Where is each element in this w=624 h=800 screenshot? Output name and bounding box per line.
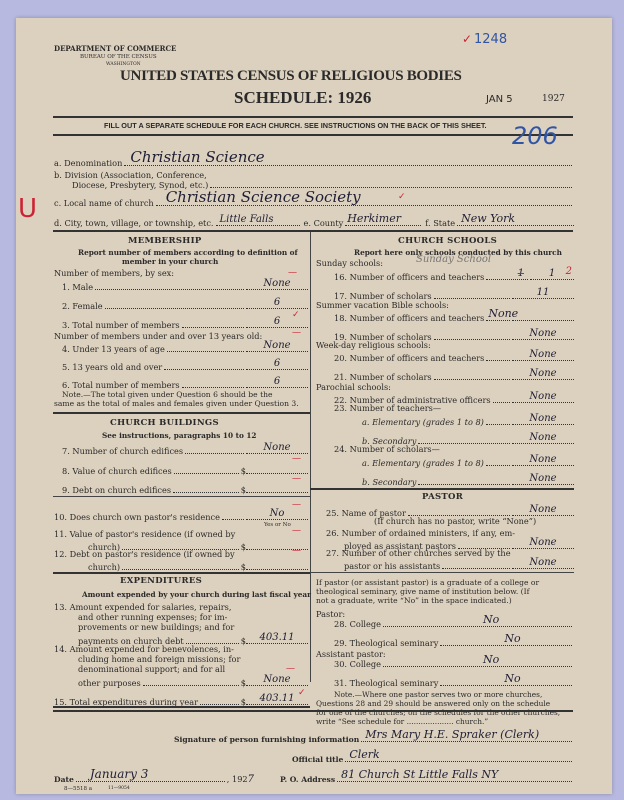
denomination-value: Christian Science [130,148,264,166]
po-address-value: 81 Church St Little Falls NY [341,768,498,781]
church-edifices-value-field[interactable]: 8. Value of church edifices$ [62,462,308,476]
parochial-elementary-scholars-field[interactable]: a. Elementary (grades 1 to 8)None [362,454,574,468]
check-mark-icon: ✓ [398,192,406,202]
total-members-field[interactable]: 3. Total number of members6 [62,316,308,330]
owns-pastor-residence-field[interactable]: 10. Does church own pastor's residenceNo [54,508,308,522]
form-number: 8—5518 a [64,786,92,792]
form-title: UNITED STATES CENSUS OF RELIGIOUS BODIES [120,68,462,85]
print-number: 11—9054 [108,786,130,791]
date-value: January 3 [90,767,149,781]
bureau-label: BUREAU OF THE CENSUS [80,54,157,60]
church-edifices-debt-field[interactable]: 9. Debt on church edifices$ [62,481,308,495]
parochial-secondary-scholars-field[interactable]: b. SecondaryNone [362,473,574,487]
sunday-officers-teachers-field[interactable]: 16. Number of officers and teachers112 [334,268,574,282]
other-churches-served-field[interactable]: pastor or his assistantsNone [344,557,574,571]
church-edifices-count-field[interactable]: 7. Number of church edificesNone [62,442,308,456]
sunday-school-note: Sunday School [416,254,491,265]
denomination-field[interactable]: a. Denomination Christian Science [54,158,574,168]
serial-number: 1248 [474,32,507,47]
expenditures-title: EXPENDITURES [120,576,202,586]
assistant-seminary-field[interactable]: 31. Theological seminaryNo [334,678,574,688]
check-mark-icon: ✓ [462,32,472,46]
received-stamp-year: 1927 [542,94,565,104]
official-title-value: Clerk [349,748,379,761]
pastor-seminary-field[interactable]: 29. Theological seminaryNo [334,638,574,648]
local-church-name-value: Christian Science Society [166,188,361,206]
weekday-officers-teachers-field[interactable]: 20. Number of officers and teachersNone [334,349,574,363]
church-schools-title: CHURCH SCHOOLS [398,236,497,246]
department-label: DEPARTMENT OF COMMERCE [54,44,176,53]
signature-field[interactable]: Signature of person furnishing informati… [174,734,574,744]
graduate-note: If pastor (or assistant pastor) is a gra… [316,578,539,587]
date-field[interactable]: DateJanuary 3, 1927 [54,774,254,785]
female-members-field[interactable]: 2. Female6 [62,297,308,311]
weekday-scholars-field[interactable]: 21. Number of scholarsNone [334,368,574,382]
pastor-title: PASTOR [422,492,463,502]
parochial-elementary-teachers-field[interactable]: a. Elementary (grades 1 to 8)None [362,413,574,427]
membership-note: Note.—The total given under Question 6 s… [62,390,273,399]
total-members-by-age-field[interactable]: 6. Total number of members6 [62,376,308,390]
handwritten-code: 206 [512,122,558,150]
benevolences-field[interactable]: other purposes$None [78,674,308,688]
pastor-residence-debt-field[interactable]: church)$ [88,558,308,572]
state-field[interactable]: New York [457,216,574,226]
pastor-note: Note.—Where one pastor serves two or mor… [334,690,542,699]
assistant-college-field[interactable]: 30. CollegeNo [334,659,574,669]
census-schedule-form: DEPARTMENT OF COMMERCE BUREAU OF THE CEN… [16,18,612,794]
instructions-banner: FILL OUT A SEPARATE SCHEDULE FOR EACH CH… [104,121,487,130]
male-members-field[interactable]: 1. MaleNone [62,278,308,292]
signature-value: Mrs Mary H.E. Spraker (Clerk) [365,728,539,741]
received-stamp-month: JAN 5 [486,94,513,105]
under-13-field[interactable]: 4. Under 13 years of ageNone [62,340,308,354]
official-title-field[interactable]: Official titleClerk [292,754,574,764]
city-label: WASHINGTON [106,62,141,67]
pastor-college-field[interactable]: 28. CollegeNo [334,619,574,629]
division-label-1: b. Division (Association, Conference, [54,170,207,180]
church-buildings-title: CHURCH BUILDINGS [110,418,219,428]
po-address-field[interactable]: P. O. Address81 Church St Little Falls N… [280,774,574,784]
city-field[interactable]: Little Falls [216,216,300,226]
county-field[interactable]: Herkimer [345,216,421,226]
location-fields: d. City, town, village, or township, etc… [54,216,574,228]
total-expenditures-field[interactable]: 15. Total expenditures during year$403.1… [54,693,308,707]
sunday-scholars-field[interactable]: 17. Number of scholars11 [334,287,574,301]
membership-title: MEMBERSHIP [128,236,202,246]
schedule-title: SCHEDULE: 1926 [234,88,371,108]
summer-officers-teachers-field[interactable]: 18. Number of officers and teachersNone [334,309,574,323]
margin-mark: U [18,194,37,224]
over-13-field[interactable]: 5. 13 years old and over6 [62,358,308,372]
local-church-name-field[interactable]: c. Local name of church Christian Scienc… [54,198,574,208]
